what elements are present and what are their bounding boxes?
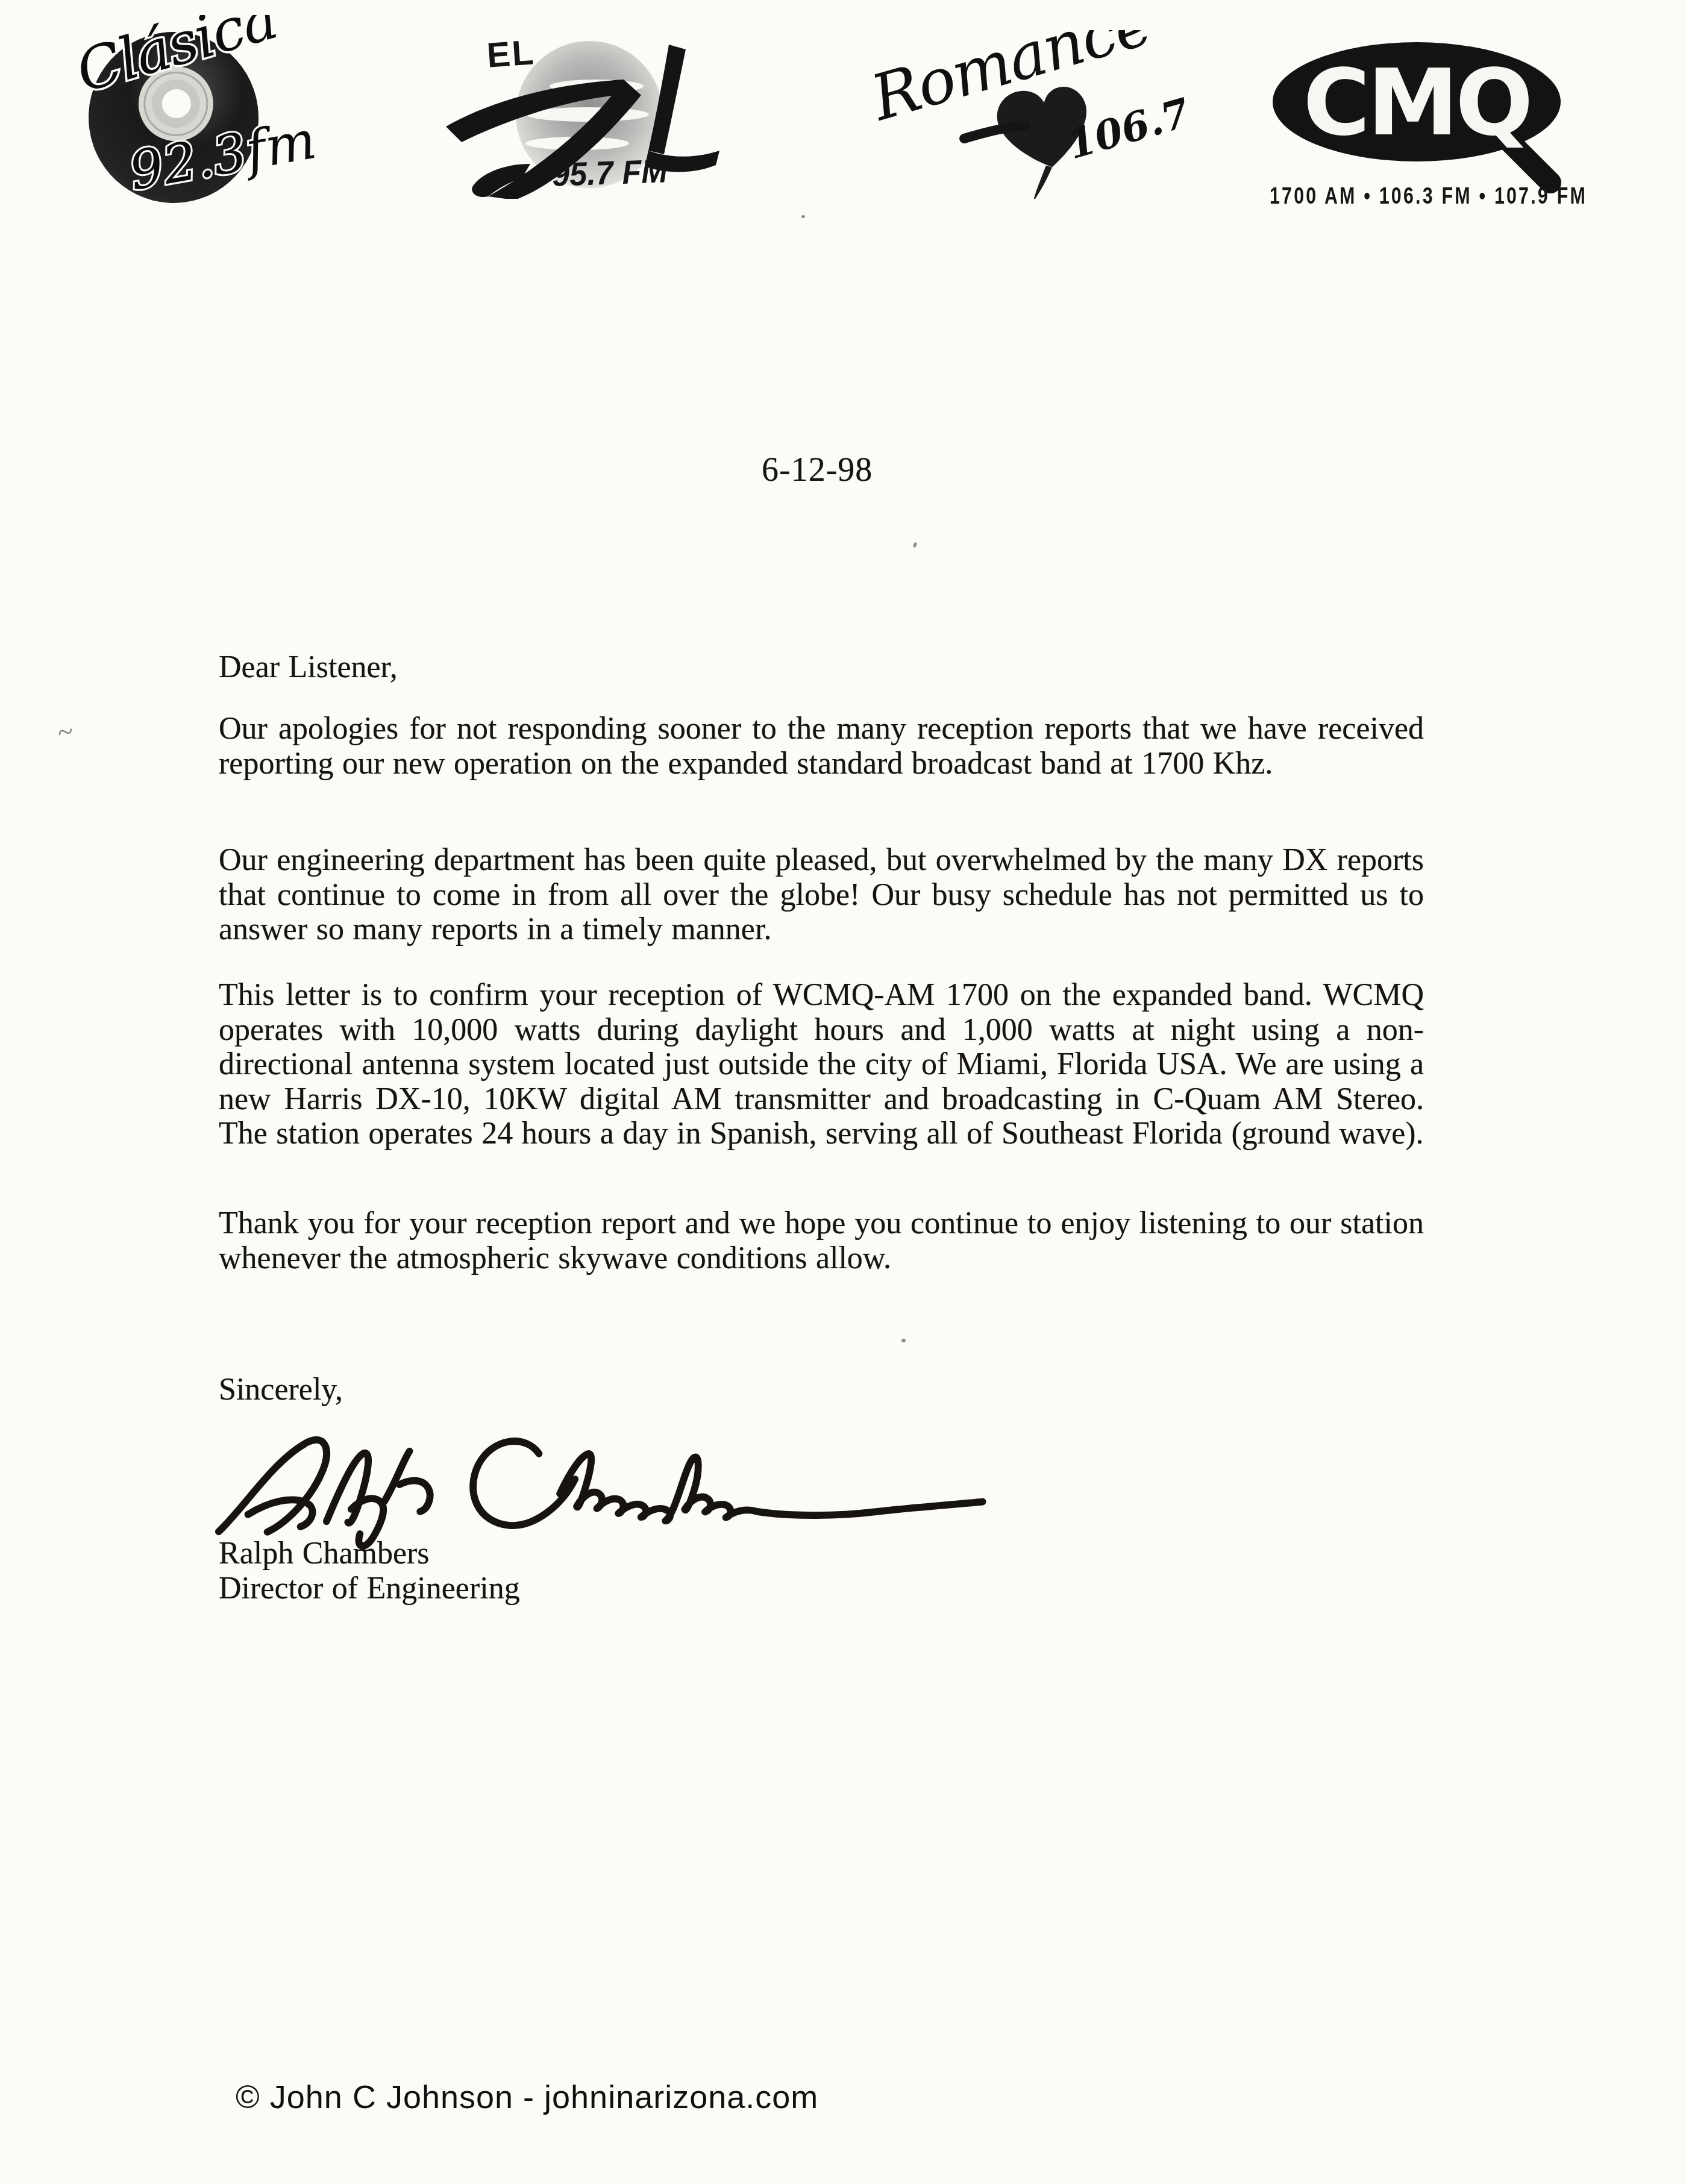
scan-speck — [801, 215, 805, 218]
salutation: Dear Listener, — [219, 650, 1424, 685]
cmq-letters: CMQ — [1303, 49, 1530, 156]
paragraph-confirmation: This letter is to confirm your reception… — [219, 978, 1424, 1151]
logo-el-zol: EL 95.7 FM — [416, 24, 723, 199]
scan-speck — [913, 542, 918, 548]
el-zol-prefix: EL — [486, 32, 537, 75]
logo-clasica-92: Clásica 92.3fm — [75, 15, 334, 214]
vinyl-record-icon: Clásica 92.3fm — [75, 15, 334, 214]
signer-name: Ralph Chambers — [219, 1536, 1424, 1571]
signature-block: Ralph Chambers Director of Engineering — [219, 1536, 1424, 1606]
scan-speck — [901, 1339, 906, 1342]
signer-title: Director of Engineering — [219, 1571, 1424, 1606]
scan-speck: ~ — [55, 715, 75, 749]
el-zol-frequency: 95.7 FM — [551, 151, 668, 194]
letter-date: 6-12-98 — [762, 451, 873, 489]
paragraph-engineering: Our engineering department has been quit… — [219, 843, 1424, 947]
copyright-credit: © John C Johnson - johninarizona.com — [236, 2079, 818, 2116]
paragraph-thanks: Thank you for your reception report and … — [219, 1206, 1424, 1275]
logo-cmq: CMQ 1700 AM • 106.3 FM • 107.9 FM — [1262, 33, 1636, 214]
closing: Sincerely, — [219, 1372, 1424, 1407]
paragraph-apology: Our apologies for not responding sooner … — [219, 712, 1424, 781]
scanned-letter-page: Clásica 92.3fm — [0, 0, 1686, 2184]
logo-romance: Romance 106.7 — [874, 30, 1187, 199]
cmq-frequencies: 1700 AM • 106.3 FM • 107.9 FM — [1270, 184, 1587, 210]
heart-icon: Romance 106.7 — [874, 30, 1187, 199]
